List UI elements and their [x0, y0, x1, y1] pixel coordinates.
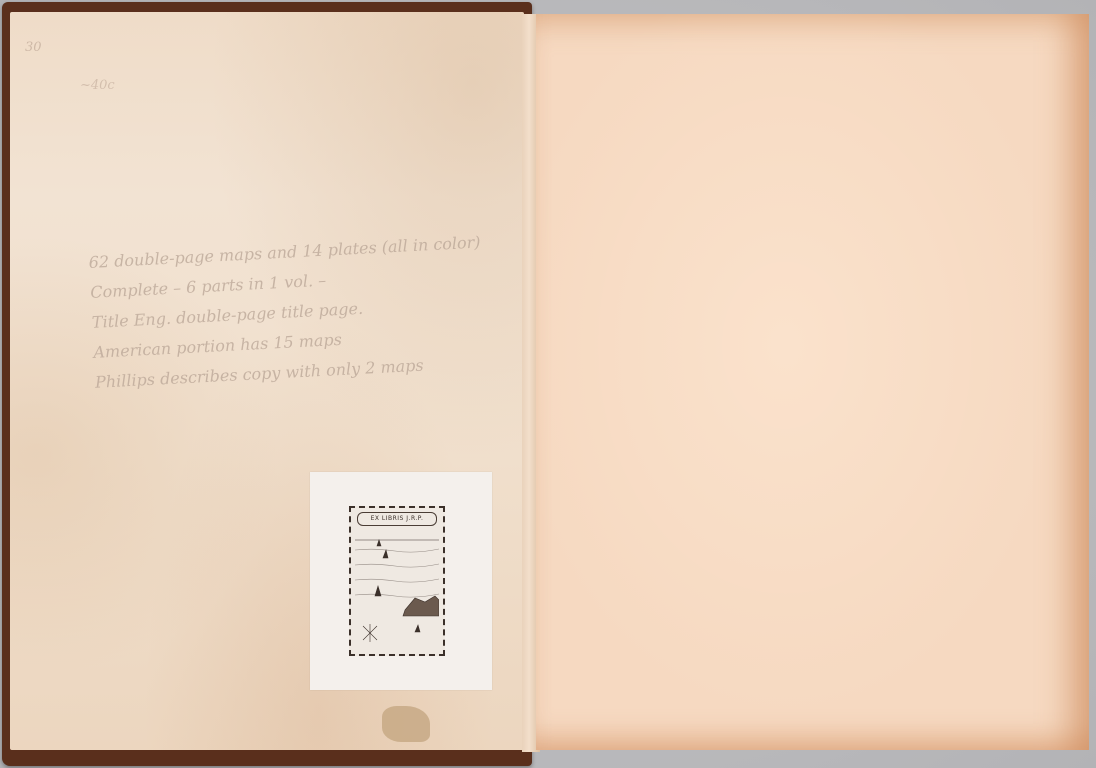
pencil-note-corner: 30	[25, 40, 42, 55]
bookplate-banner: EX LIBRIS J.R.P.	[357, 512, 437, 526]
harbor-engraving-icon	[355, 530, 439, 648]
pencil-note-price: ~40c	[80, 78, 115, 93]
pencil-notes: 62 double-page maps and 14 plates (all i…	[88, 225, 525, 397]
paper-tear-stain	[382, 706, 430, 742]
right-endpaper	[536, 14, 1089, 750]
bookplate: EX LIBRIS J.R.P.	[349, 506, 445, 656]
